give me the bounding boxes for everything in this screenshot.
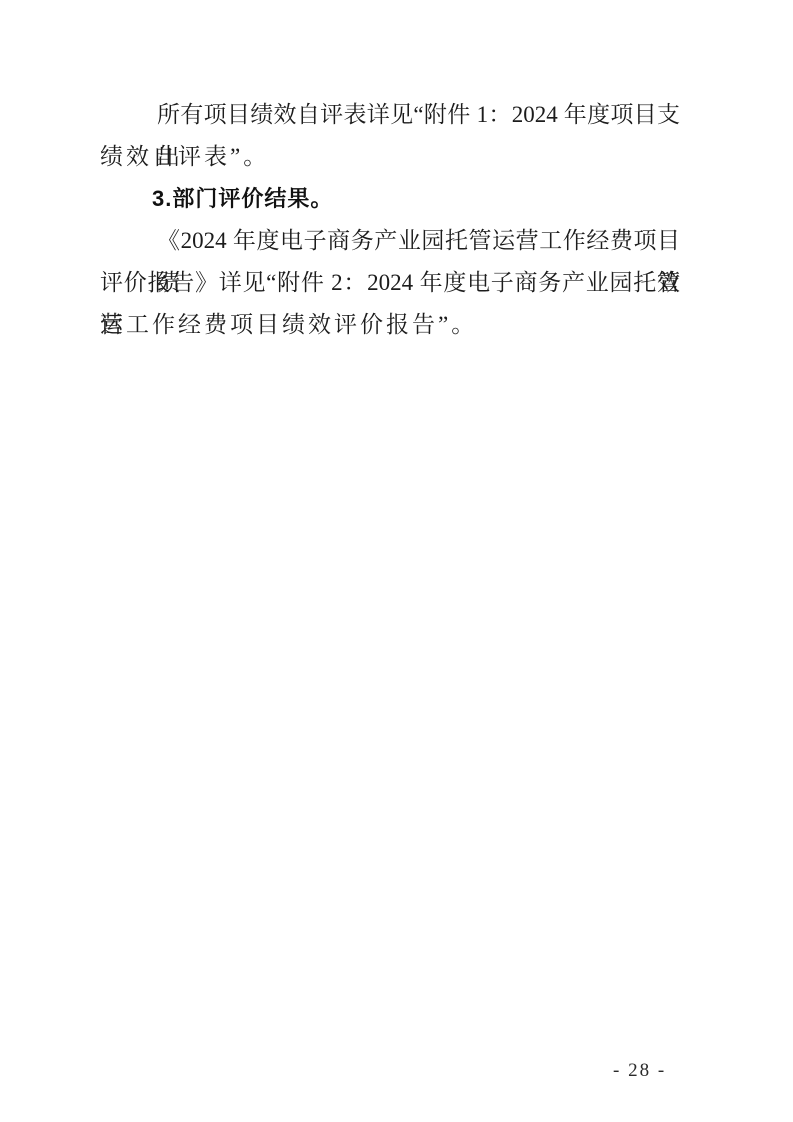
paragraph-1-line-1: 所有项目绩效自评表详见“附件 1：2024 年度项目支出 [100,94,680,136]
paragraph-2-line-1: 《2024 年度电子商务产业园托管运营工作经费项目绩效 [100,220,680,262]
document-page: 所有项目绩效自评表详见“附件 1：2024 年度项目支出 绩效自评表”。 3.部… [0,0,793,1122]
page-number: - 28 - [613,1059,666,1083]
document-body: 所有项目绩效自评表详见“附件 1：2024 年度项目支出 绩效自评表”。 3.部… [100,94,680,346]
section-heading-3: 3.部门评价结果。 [100,178,680,220]
paragraph-2-line-2: 评价报告》详见“附件 2：2024 年度电子商务产业园托管运 [100,262,680,304]
paragraph-1-line-2: 绩效自评表”。 [100,136,680,178]
paragraph-2-line-3: 营工作经费项目绩效评价报告”。 [100,304,680,346]
